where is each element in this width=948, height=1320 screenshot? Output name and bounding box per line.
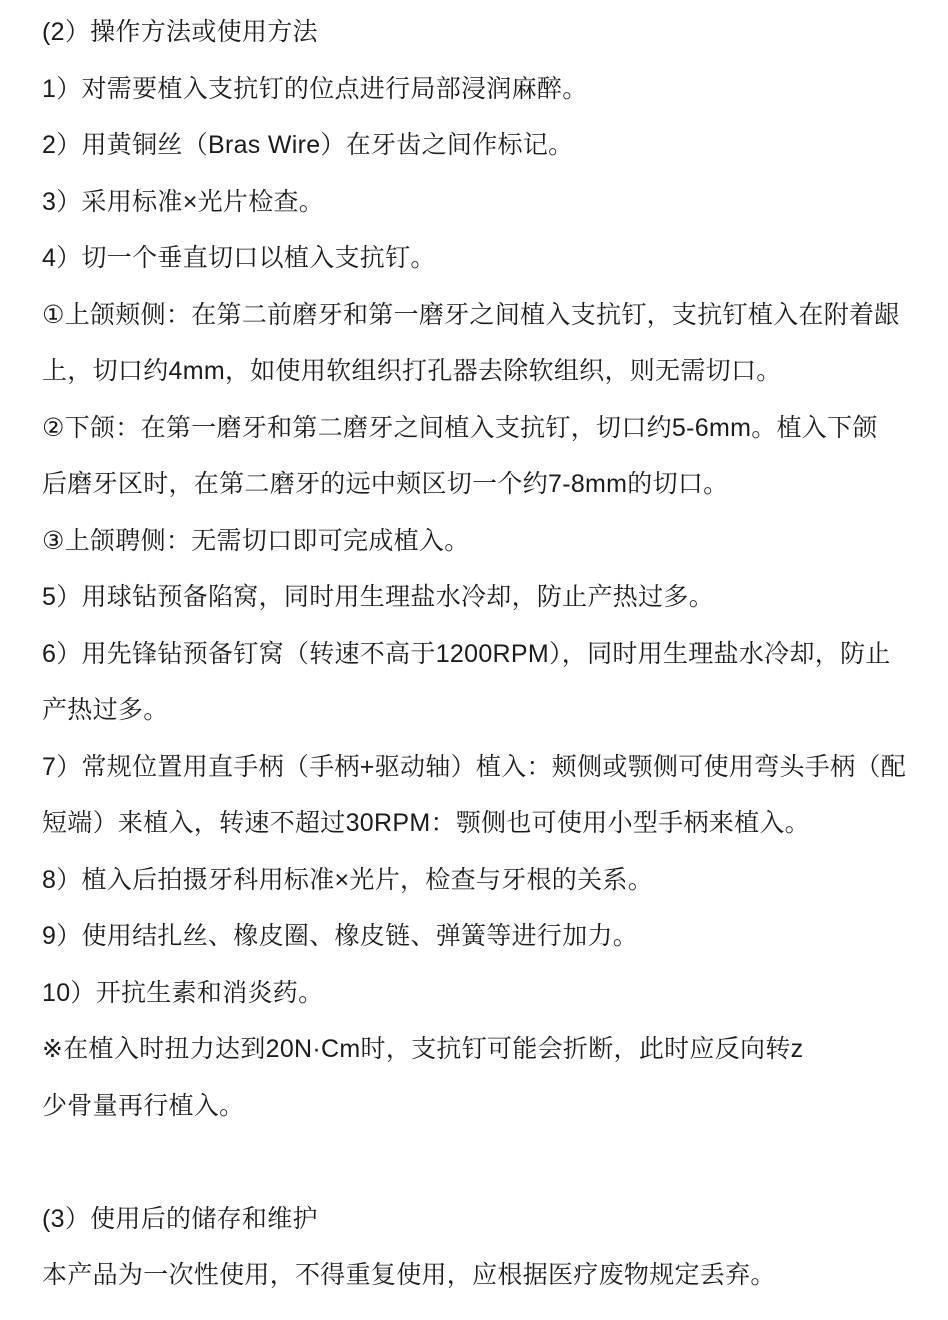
blank-line <box>42 1134 912 1191</box>
substep-3-line: ③上颌聘侧：无需切口即可完成植入。 <box>42 513 912 570</box>
step-9-line: 9）使用结扎丝、橡皮圈、橡皮链、弹簧等进行加力。 <box>42 908 912 965</box>
step-5-line: 5）用球钻预备陷窝，同时用生理盐水冷却，防止产热过多。 <box>42 569 912 626</box>
step-7-line-1: 7）常规位置用直手柄（手柄+驱动轴）植入：颊侧或颚侧可使用弯头手柄（配 <box>42 739 912 796</box>
substep-1-line-2: 上，切口约4mm，如使用软组织打孔器去除软组织，则无需切口。 <box>42 343 912 400</box>
section-2-heading: (2）操作方法或使用方法 <box>42 4 912 61</box>
step-8-line: 8）植入后拍摄牙科用标准×光片，检查与牙根的关系。 <box>42 852 912 909</box>
step-4-line: 4）切一个垂直切口以植入支抗钉。 <box>42 230 912 287</box>
substep-2-line-2: 后磨牙区时，在第二磨牙的远中颊区切一个约7-8mm的切口。 <box>42 456 912 513</box>
step-7-line-2: 短端）来植入，转速不超过30RPM：颚侧也可使用小型手柄来植入。 <box>42 795 912 852</box>
step-1-line: 1）对需要植入支抗钉的位点进行局部浸润麻醉。 <box>42 61 912 118</box>
substep-1-line-1: ①上颌颊侧：在第二前磨牙和第一磨牙之间植入支抗钉，支抗钉植入在附着龈 <box>42 287 912 344</box>
step-2-line: 2）用黄铜丝（Bras Wire）在牙齿之间作标记。 <box>42 117 912 174</box>
document-page: (2）操作方法或使用方法 1）对需要植入支抗钉的位点进行局部浸润麻醉。 2）用黄… <box>0 0 948 1304</box>
section-3-heading: (3）使用后的储存和维护 <box>42 1191 912 1248</box>
substep-2-line-1: ②下颌：在第一磨牙和第二磨牙之间植入支抗钉，切口约5-6mm。植入下颌 <box>42 400 912 457</box>
step-6-line-2: 产热过多。 <box>42 682 912 739</box>
step-3-line: 3）采用标准×光片检查。 <box>42 174 912 231</box>
step-6-line-1: 6）用先锋钻预备钉窝（转速不高于1200RPM），同时用生理盐水冷却，防止 <box>42 626 912 683</box>
torque-note-line-2: 少骨量再行植入。 <box>42 1078 912 1135</box>
step-10-line: 10）开抗生素和消炎药。 <box>42 965 912 1022</box>
torque-note-line-1: ※在植入时扭力达到20N·Cm时，支抗钉可能会折断，此时应反向转z <box>42 1021 912 1078</box>
single-use-disposal-line: 本产品为一次性使用，不得重复使用，应根据医疗废物规定丢弃。 <box>42 1247 912 1304</box>
